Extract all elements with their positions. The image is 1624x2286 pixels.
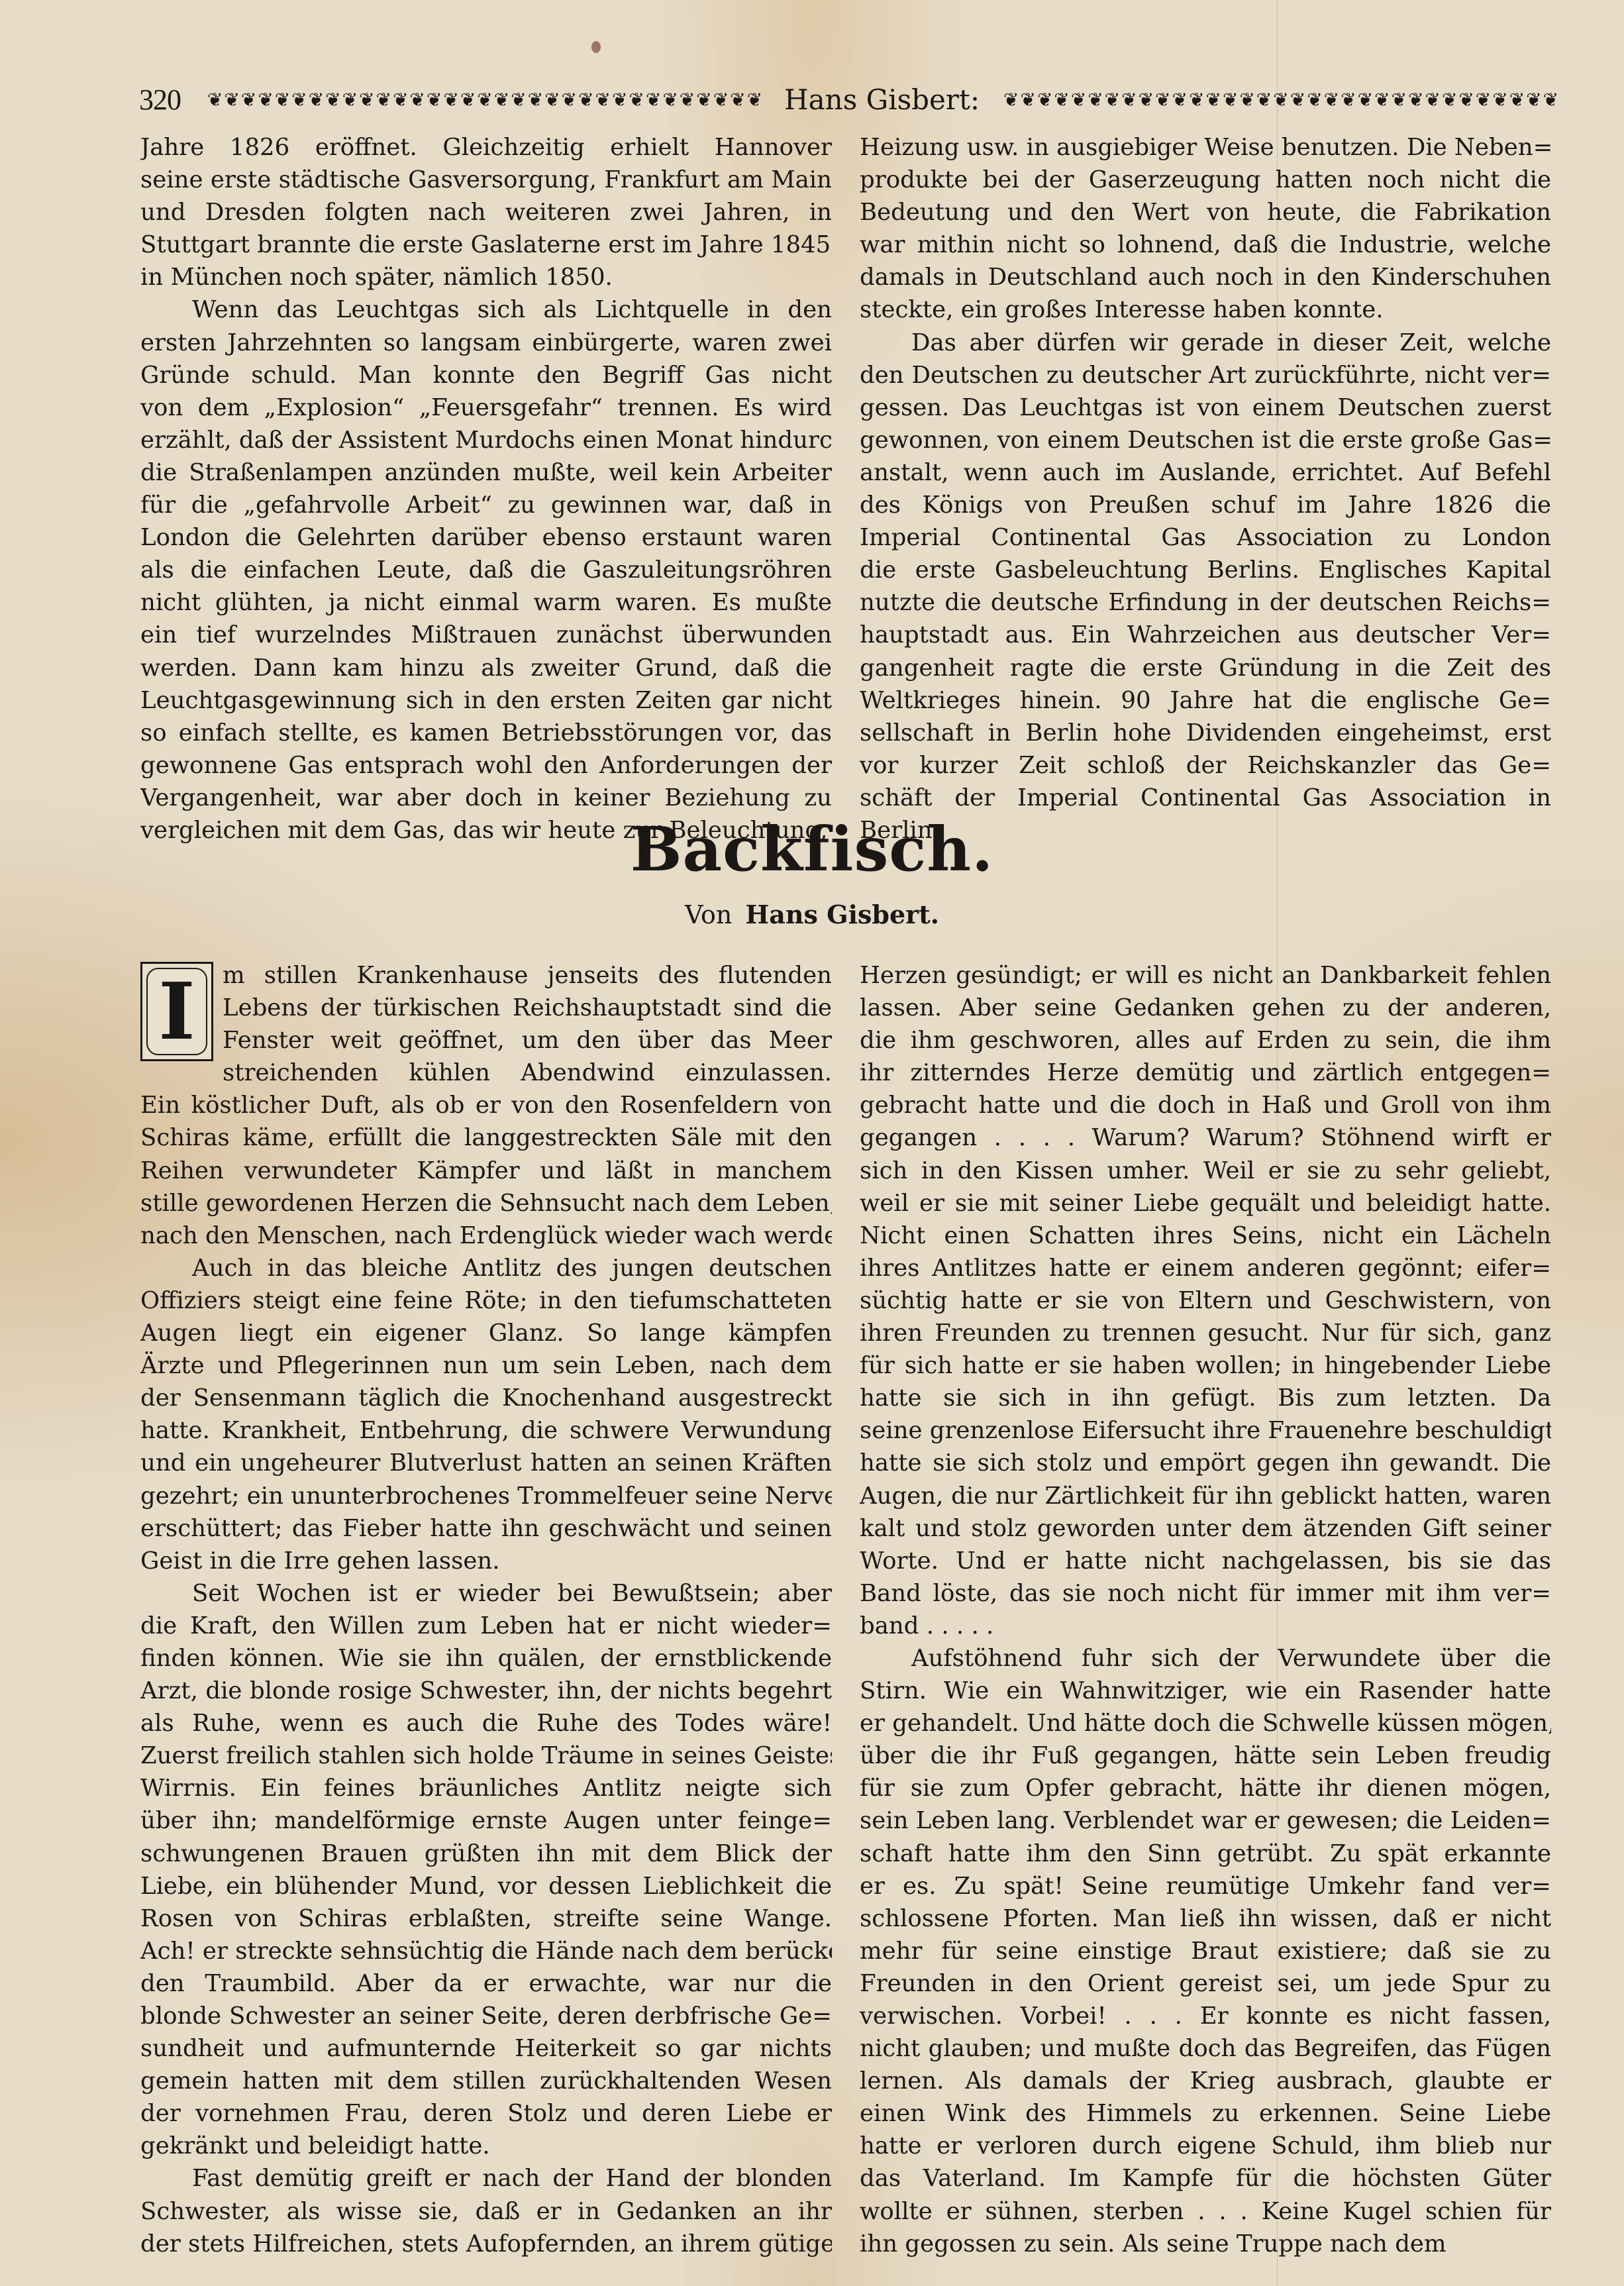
running-title: Hans Gisbert: bbox=[784, 83, 980, 116]
text-line: der vornehmen Frau, deren Stolz und dere… bbox=[140, 2097, 832, 2130]
text-line: Freunden in den Orient gereist sei, um j… bbox=[860, 1967, 1551, 2000]
text-line: war mithin nicht so lohnend, daß die Ind… bbox=[860, 229, 1551, 261]
ink-smudge bbox=[591, 41, 601, 53]
text-line: gewonnen, von einem Deutschen ist die er… bbox=[860, 424, 1551, 456]
text-line: er gehandelt. Und hätte doch die Schwell… bbox=[860, 1707, 1551, 1740]
text-line: gessen. Das Leuchtgas ist von einem Deut… bbox=[860, 391, 1551, 424]
story-right-column: Herzen gesündigt; er will es nicht an Da… bbox=[860, 959, 1551, 2260]
text-line: mehr für seine einstige Braut existiere;… bbox=[860, 1935, 1551, 1967]
text-line: hauptstadt aus. Ein Wahrzeichen aus deut… bbox=[860, 619, 1551, 651]
text-line: Wirrnis. Ein feines bräunliches Antlitz … bbox=[140, 1772, 832, 1804]
text-line: Schwester, als wisse sie, daß er in Geda… bbox=[140, 2195, 832, 2228]
text-line: kalt und stolz geworden unter dem ätzend… bbox=[860, 1512, 1551, 1545]
running-header: 320 ❦❦❦❦❦❦❦❦❦❦❦❦❦❦❦❦❦❦❦❦❦❦❦❦❦❦❦❦❦❦❦❦❦❦❦❦… bbox=[139, 83, 1556, 116]
text-line: Fast demütig greift er nach der Hand der… bbox=[140, 2162, 832, 2195]
previous-article-left-column: Jahre 1826 eröffnet. Gleichzeitig erhiel… bbox=[140, 131, 832, 847]
text-line: als Ruhe, wenn es auch die Ruhe des Tode… bbox=[140, 1707, 832, 1740]
text-line: und ein ungeheurer Blutverlust hatten an… bbox=[140, 1447, 832, 1479]
text-line: Heizung usw. in ausgiebiger Weise benutz… bbox=[860, 131, 1551, 164]
text-line: Imperial Continental Gas Association zu … bbox=[860, 521, 1551, 554]
text-line: Gründe schuld. Man konnte den Begriff Ga… bbox=[140, 359, 832, 391]
text-line: sich in den Kissen umher. Weil er sie zu… bbox=[860, 1155, 1551, 1187]
text-line: erschüttert; das Fieber hatte ihn geschw… bbox=[140, 1512, 832, 1545]
text-line: erzählt, daß der Assistent Murdochs eine… bbox=[140, 424, 832, 456]
text-line: m stillen Krankenhause jenseits des flut… bbox=[140, 959, 832, 992]
text-line: für sie zum Opfer gebracht, hätte ihr di… bbox=[860, 1772, 1551, 1804]
text-line: seine grenzenlose Eifersucht ihre Frauen… bbox=[860, 1414, 1551, 1447]
previous-article-right-column: Heizung usw. in ausgiebiger Weise benutz… bbox=[860, 131, 1551, 847]
text-line: ihn gegossen zu sein. Als seine Truppe n… bbox=[860, 2228, 1551, 2260]
ornament-rule-left: ❦❦❦❦❦❦❦❦❦❦❦❦❦❦❦❦❦❦❦❦❦❦❦❦❦❦❦❦❦❦❦❦❦❦❦❦❦❦❦❦ bbox=[207, 86, 760, 113]
text-line: als die einfachen Leute, daß die Gaszule… bbox=[140, 554, 832, 586]
text-line: Stuttgart brannte die erste Gaslaterne e… bbox=[140, 229, 832, 261]
text-line: wollte er sühnen, sterben . . . Keine Ku… bbox=[860, 2195, 1551, 2228]
text-line: Augen liegt ein eigener Glanz. So lange … bbox=[140, 1317, 832, 1349]
text-line: gemein hatten mit dem stillen zurückhalt… bbox=[140, 2065, 832, 2097]
text-line: Auch in das bleiche Antlitz des jungen d… bbox=[140, 1252, 832, 1284]
author-name: Hans Gisbert. bbox=[745, 900, 939, 929]
text-line: den Deutschen zu deutscher Art zurückfüh… bbox=[860, 359, 1551, 391]
text-line: über ihn; mandelförmige ernste Augen unt… bbox=[140, 1804, 832, 1837]
text-line: Nicht einen Schatten ihres Seins, nicht … bbox=[860, 1220, 1551, 1252]
text-line: sein Leben lang. Verblendet war er gewes… bbox=[860, 1804, 1551, 1837]
story-byline: VonHans Gisbert. bbox=[0, 900, 1624, 929]
text-line: Rosen von Schiras erblaßten, streifte se… bbox=[140, 1902, 832, 1935]
text-line: über die ihr Fuß gegangen, hätte sein Le… bbox=[860, 1740, 1551, 1772]
text-line: das Vaterland. Im Kampfe für die höchste… bbox=[860, 2162, 1551, 2195]
text-line: nicht glauben; und mußte doch das Begrei… bbox=[860, 2032, 1551, 2065]
text-line: Vergangenheit, war aber doch in keiner B… bbox=[140, 782, 832, 814]
text-line: blonde Schwester an seiner Seite, deren … bbox=[140, 2000, 832, 2032]
text-line: lassen. Aber seine Gedanken gehen zu der… bbox=[860, 992, 1551, 1024]
text-line: Arzt, die blonde rosige Schwester, ihn, … bbox=[140, 1675, 832, 1707]
text-line: werden. Dann kam hinzu als zweiter Grund… bbox=[140, 652, 832, 684]
text-line: Weltkrieges hinein. 90 Jahre hat die eng… bbox=[860, 684, 1551, 717]
text-line: ihres Antlitzes hatte er einem anderen g… bbox=[860, 1252, 1551, 1284]
text-line: ersten Jahrzehnten so langsam einbürgert… bbox=[140, 327, 832, 359]
text-line: weil er sie mit seiner Liebe gequält und… bbox=[860, 1187, 1551, 1220]
text-line: Schiras käme, erfüllt die langgestreckte… bbox=[140, 1121, 832, 1154]
text-line: Zuerst freilich stahlen sich holde Träum… bbox=[140, 1740, 832, 1772]
story-title: Backfisch. bbox=[0, 813, 1624, 885]
text-line: steckte, ein großes Interesse haben konn… bbox=[860, 293, 1551, 326]
text-line: er es. Zu spät! Seine reumütige Umkehr f… bbox=[860, 1870, 1551, 1902]
text-line: Ein köstlicher Duft, als ob er von den R… bbox=[140, 1089, 832, 1121]
text-line: Fenster weit geöffnet, um den über das M… bbox=[140, 1024, 832, 1057]
text-line: nutzte die deutsche Erfindung in der deu… bbox=[860, 586, 1551, 619]
text-line: so einfach stellte, es kamen Betriebsstö… bbox=[140, 717, 832, 749]
text-line: der stets Hilfreichen, stets Aufopfernde… bbox=[140, 2228, 832, 2260]
text-line: für sich hatte er sie haben wollen; in h… bbox=[860, 1349, 1551, 1382]
text-line: für die „gefahrvolle Arbeit“ zu gewinnen… bbox=[140, 489, 832, 521]
text-line: der Sensenmann täglich die Knochenhand a… bbox=[140, 1382, 832, 1414]
text-line: finden können. Wie sie ihn quälen, der e… bbox=[140, 1642, 832, 1675]
text-line: gekränkt und beleidigt hatte. bbox=[140, 2130, 832, 2162]
text-line: des Königs von Preußen schuf im Jahre 18… bbox=[860, 489, 1551, 521]
text-line: gezehrt; ein ununterbrochenes Trommelfeu… bbox=[140, 1480, 832, 1512]
text-line: Augen, die nur Zärtlichkeit für ihn gebl… bbox=[860, 1480, 1551, 1512]
text-line: gegangen . . . . Warum? Warum? Stöhnend … bbox=[860, 1121, 1551, 1154]
text-line: seine erste städtische Gasversorgung, Fr… bbox=[140, 164, 832, 196]
text-line: hatte sie sich in ihn gefügt. Bis zum le… bbox=[860, 1382, 1551, 1414]
text-line: die Kraft, den Willen zum Leben hat er n… bbox=[140, 1610, 832, 1642]
text-line: schäft der Imperial Continental Gas Asso… bbox=[860, 782, 1551, 814]
text-line: ihr zitterndes Herze demütig und zärtlic… bbox=[860, 1057, 1551, 1089]
text-line: von dem „Explosion“ „Feuersgefahr“ trenn… bbox=[140, 391, 832, 424]
text-line: streichenden kühlen Abendwind einzulasse… bbox=[140, 1057, 832, 1089]
text-line: Herzen gesündigt; er will es nicht an Da… bbox=[860, 959, 1551, 992]
text-line: produkte bei der Gaserzeugung hatten noc… bbox=[860, 164, 1551, 196]
text-line: Aufstöhnend fuhr sich der Verwundete übe… bbox=[860, 1642, 1551, 1675]
text-line: in München noch später, nämlich 1850. bbox=[140, 261, 832, 293]
ornament-rule-right: ❦❦❦❦❦❦❦❦❦❦❦❦❦❦❦❦❦❦❦❦❦❦❦❦❦❦❦❦❦❦❦❦❦❦❦❦❦❦❦❦ bbox=[1003, 86, 1556, 113]
text-line: Bedeutung und den Wert von heute, die Fa… bbox=[860, 196, 1551, 229]
text-line: Ärzte und Pflegerinnen nun um sein Leben… bbox=[140, 1349, 832, 1382]
text-line: Offiziers steigt eine feine Röte; in den… bbox=[140, 1284, 832, 1317]
text-line: Lebens der türkischen Reichshauptstadt s… bbox=[140, 992, 832, 1024]
text-line: Das aber dürfen wir gerade in dieser Zei… bbox=[860, 327, 1551, 359]
text-line: anstalt, wenn auch im Auslande, errichte… bbox=[860, 456, 1551, 489]
text-line: einen Wink des Himmels zu erkennen. Sein… bbox=[860, 2097, 1551, 2130]
text-line: verwischen. Vorbei! . . . Er konnte es n… bbox=[860, 2000, 1551, 2032]
text-line: sellschaft in Berlin hohe Dividenden ein… bbox=[860, 717, 1551, 749]
text-line: stille gewordenen Herzen die Sehnsucht n… bbox=[140, 1187, 832, 1220]
text-line: Leuchtgasgewinnung sich in den ersten Ze… bbox=[140, 684, 832, 717]
text-line: ihren Freunden zu trennen gesucht. Nur f… bbox=[860, 1317, 1551, 1349]
text-line: süchtig hatte er sie von Eltern und Gesc… bbox=[860, 1284, 1551, 1317]
text-line: Ach! er streckte sehnsüchtig die Hände n… bbox=[140, 1935, 832, 1967]
text-line: schaft hatte ihm den Sinn getrübt. Zu sp… bbox=[860, 1838, 1551, 1870]
page-number: 320 bbox=[139, 83, 181, 117]
text-line: hatte. Krankheit, Entbehrung, die schwer… bbox=[140, 1414, 832, 1447]
text-line: nach den Menschen, nach Erdenglück wiede… bbox=[140, 1220, 832, 1252]
text-line: Stirn. Wie ein Wahnwitziger, wie ein Ras… bbox=[860, 1675, 1551, 1707]
text-line: band . . . . . bbox=[860, 1610, 1551, 1642]
text-line: die erste Gasbeleuchtung Berlins. Englis… bbox=[860, 554, 1551, 586]
text-line: gangenheit ragte die erste Gründung in d… bbox=[860, 652, 1551, 684]
text-line: und Dresden folgten nach weiteren zwei J… bbox=[140, 196, 832, 229]
text-line: hatte sie sich stolz und empört gegen ih… bbox=[860, 1447, 1551, 1479]
text-line: schlossene Pforten. Man ließ ihn wissen,… bbox=[860, 1902, 1551, 1935]
text-line: Reihen verwundeter Kämpfer und läßt in m… bbox=[140, 1155, 832, 1187]
text-line: Wenn das Leuchtgas sich als Lichtquelle … bbox=[140, 293, 832, 326]
story-left-column: m stillen Krankenhause jenseits des flut… bbox=[140, 959, 832, 2260]
text-line: Worte. Und er hatte nicht nachgelassen, … bbox=[860, 1545, 1551, 1577]
text-line: damals in Deutschland auch noch in den K… bbox=[860, 261, 1551, 293]
text-line: Geist in die Irre gehen lassen. bbox=[140, 1545, 832, 1577]
text-line: Liebe, ein blühender Mund, vor dessen Li… bbox=[140, 1870, 832, 1902]
text-line: gebracht hatte und die doch in Haß und G… bbox=[860, 1089, 1551, 1121]
text-line: Seit Wochen ist er wieder bei Bewußtsein… bbox=[140, 1577, 832, 1610]
text-line: sundheit und aufmunternde Heiterkeit so … bbox=[140, 2032, 832, 2065]
text-line: die ihm geschworen, alles auf Erden zu s… bbox=[860, 1024, 1551, 1057]
text-line: nicht glühten, ja nicht einmal warm ware… bbox=[140, 586, 832, 619]
text-line: vor kurzer Zeit schloß der Reichskanzler… bbox=[860, 749, 1551, 782]
text-line: die Straßenlampen anzünden mußte, weil k… bbox=[140, 456, 832, 489]
byline-prefix: Von bbox=[685, 900, 732, 929]
text-line: schwungenen Brauen grüßten ihn mit dem B… bbox=[140, 1838, 832, 1870]
text-line: Band löste, das sie noch nicht für immer… bbox=[860, 1577, 1551, 1610]
text-line: hatte er verloren durch eigene Schuld, i… bbox=[860, 2130, 1551, 2162]
text-line: lernen. Als damals der Krieg ausbrach, g… bbox=[860, 2065, 1551, 2097]
text-line: ein tief wurzelndes Mißtrauen zunächst ü… bbox=[140, 619, 832, 651]
text-line: Jahre 1826 eröffnet. Gleichzeitig erhiel… bbox=[140, 131, 832, 164]
text-line: den Traumbild. Aber da er erwachte, war … bbox=[140, 1967, 832, 2000]
text-line: London die Gelehrten darüber ebenso erst… bbox=[140, 521, 832, 554]
text-line: gewonnene Gas entsprach wohl den Anforde… bbox=[140, 749, 832, 782]
